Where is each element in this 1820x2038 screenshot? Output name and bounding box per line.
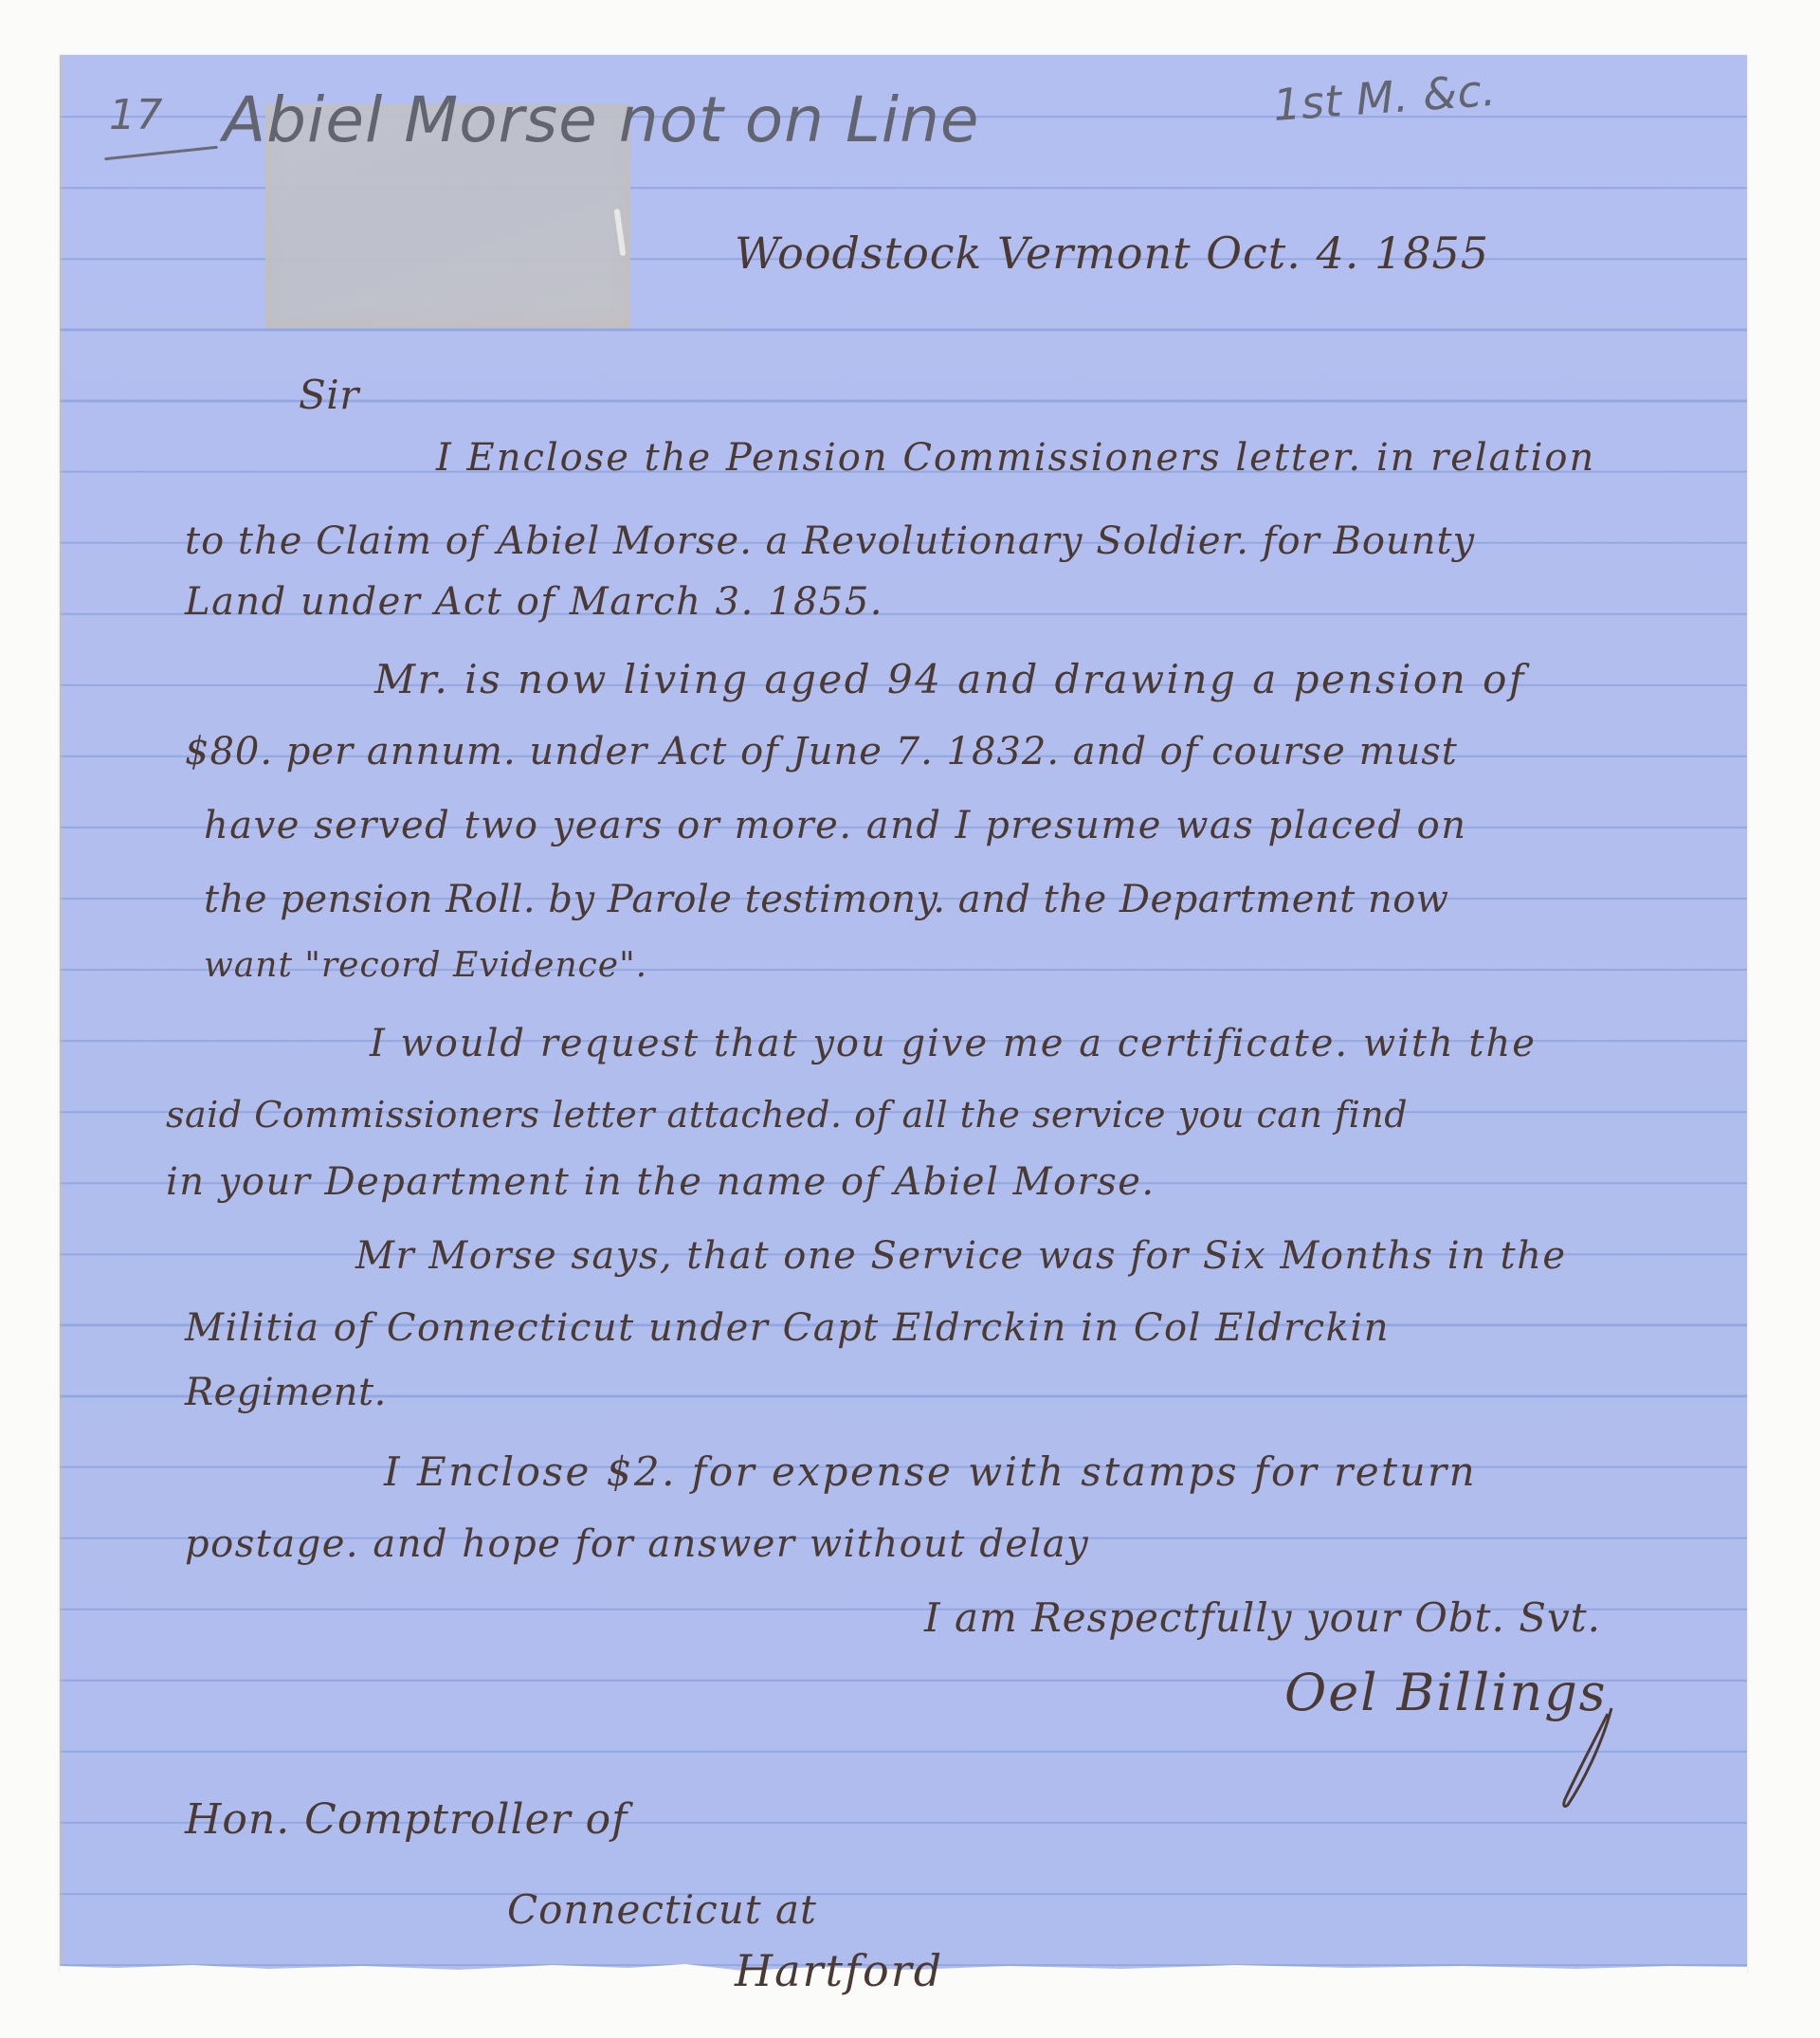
body-line-5: $80. per annum. under Act of June 7. 183… xyxy=(185,730,1458,773)
body-line-9: I would request that you give me a certi… xyxy=(370,1022,1537,1065)
pencil-heading: Abiel Morse not on Line xyxy=(223,83,980,156)
file-number-annotation: 17 xyxy=(109,91,163,139)
place-and-date: Woodstock Vermont Oct. 4. 1855 xyxy=(735,227,1489,279)
body-line-2: to the Claim of Abiel Morse. a Revolutio… xyxy=(185,519,1475,563)
body-line-15: I Enclose $2. for expense with stamps fo… xyxy=(384,1448,1477,1495)
body-line-11: in your Department in the name of Abiel … xyxy=(166,1160,1156,1204)
paper-edge-stain xyxy=(60,55,64,1974)
closing: I am Respectfully your Obt. Svt. xyxy=(924,1594,1601,1641)
patch-tear xyxy=(614,209,627,256)
body-line-1: I Enclose the Pension Commissioners lett… xyxy=(436,436,1595,480)
address-line-1: Hon. Comptroller of xyxy=(185,1795,628,1844)
address-line-3: Hartford xyxy=(735,1945,943,1996)
body-line-3: Land under Act of March 3. 1855. xyxy=(185,580,883,624)
body-line-12: Mr Morse says, that one Service was for … xyxy=(355,1234,1567,1278)
signature-flourish xyxy=(1555,1706,1630,1811)
body-line-13: Militia of Connecticut under Capt Eldrck… xyxy=(185,1306,1390,1350)
body-line-16: postage. and hope for answer without del… xyxy=(185,1522,1089,1566)
body-line-4: Mr. is now living aged 94 and drawing a … xyxy=(374,656,1526,702)
body-line-8: want "record Evidence". xyxy=(204,946,647,985)
body-line-14: Regiment. xyxy=(185,1371,387,1414)
address-line-2: Connecticut at xyxy=(507,1886,817,1933)
body-line-6: have served two years or more. and I pre… xyxy=(204,804,1467,847)
body-line-7: the pension Roll. by Parole testimony. a… xyxy=(204,878,1449,921)
body-line-10: said Commissioners letter attached. of a… xyxy=(166,1094,1408,1136)
salutation: Sir xyxy=(299,372,359,418)
